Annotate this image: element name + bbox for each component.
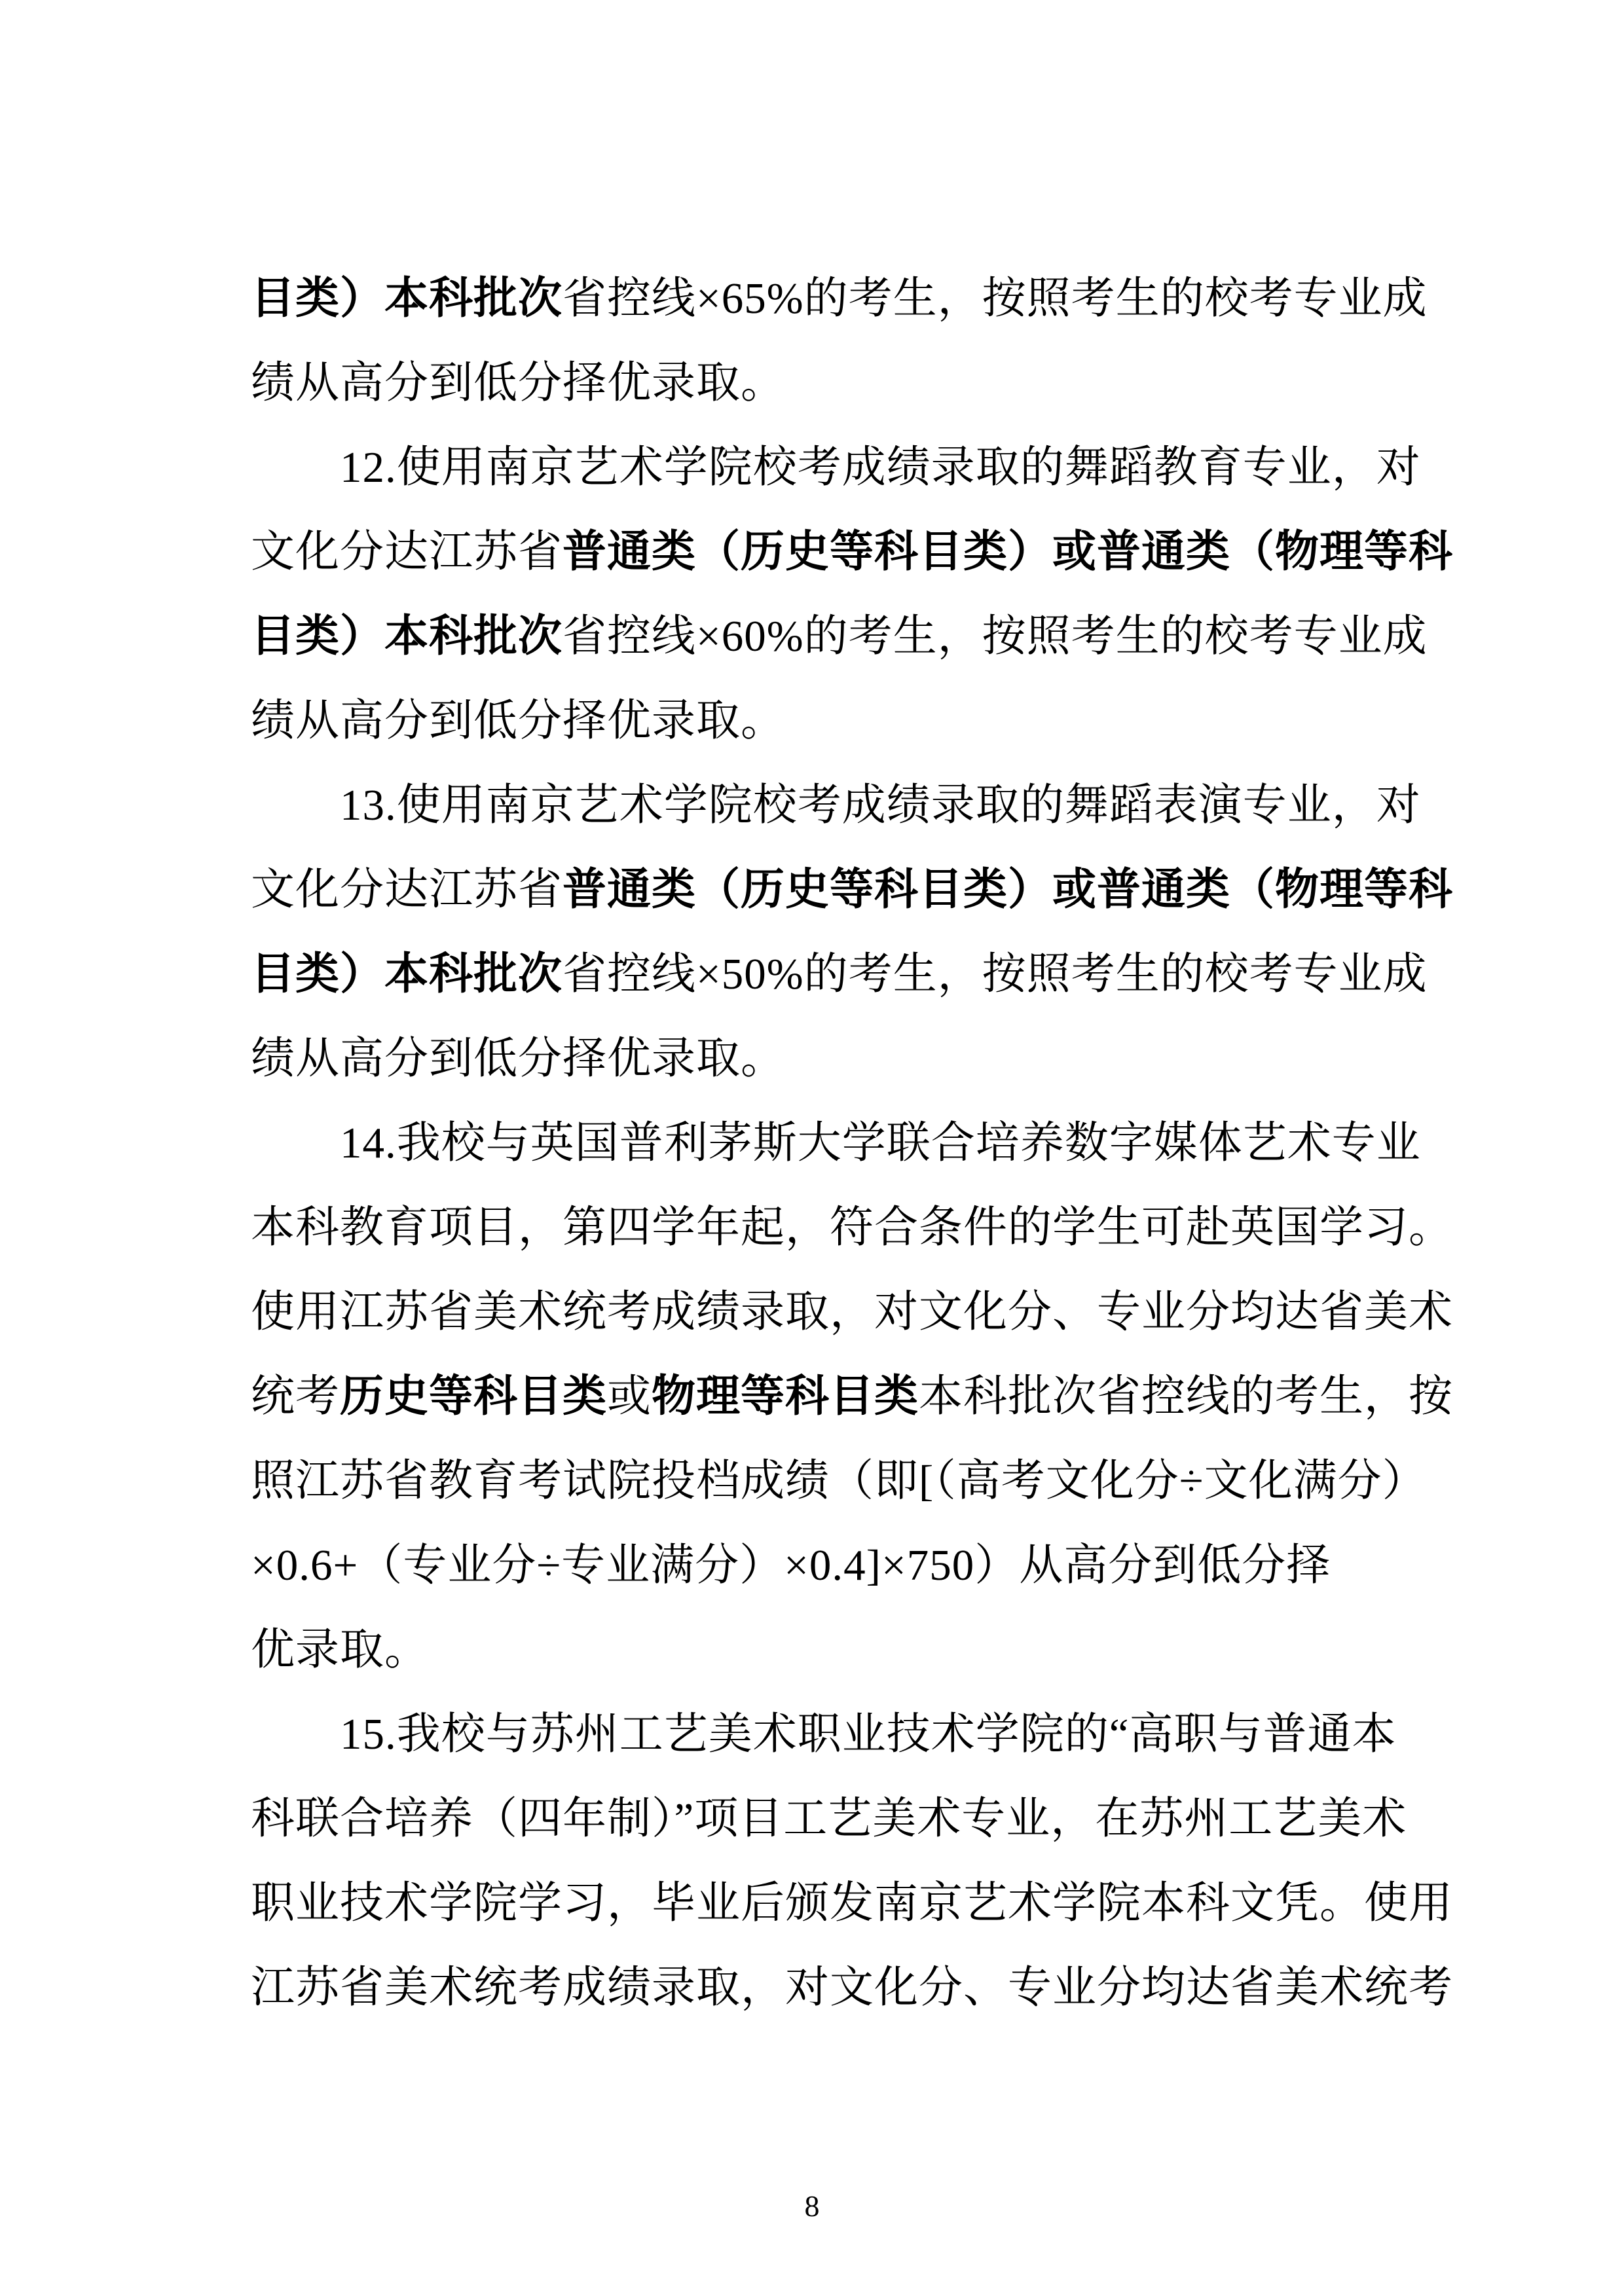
text-run: 省控线×50%的考生，按照考生的校考专业成: [563, 950, 1428, 998]
text-run: 12.使用南京艺术学院校考成绩录取的舞蹈教育专业，对: [340, 443, 1421, 492]
text-run: 本科批次省控线的考生，按: [919, 1372, 1453, 1421]
text-line: 14.我校与英国普利茅斯大学联合培养数字媒体艺术专业: [251, 1101, 1413, 1186]
text-run: 13.使用南京艺术学院校考成绩录取的舞蹈表演专业，对: [340, 781, 1421, 829]
text-run-bold: 目类）本科批次: [251, 612, 563, 661]
text-line: 绩从高分到低分择优录取。: [251, 679, 1413, 763]
text-line: 目类）本科批次省控线×50%的考生，按照考生的校考专业成: [251, 932, 1413, 1017]
text-run: 统考: [251, 1372, 340, 1421]
text-line: 文化分达江苏省普通类（历史等科目类）或普通类（物理等科: [251, 510, 1413, 594]
document-page: 目类）本科批次省控线×65%的考生，按照考生的校考专业成绩从高分到低分择优录取。…: [0, 0, 1624, 2296]
text-line: 优录取。: [251, 1608, 1413, 1692]
text-line: 统考历史等科目类或物理等科目类本科批次省控线的考生，按: [251, 1355, 1413, 1439]
text-run: 省控线×65%的考生，按照考生的校考专业成: [563, 274, 1428, 323]
document-body-text: 目类）本科批次省控线×65%的考生，按照考生的校考专业成绩从高分到低分择优录取。…: [251, 257, 1413, 2030]
text-run-bold: 目类）本科批次: [251, 274, 563, 323]
text-line: 目类）本科批次省控线×65%的考生，按照考生的校考专业成: [251, 257, 1413, 341]
text-run: 绩从高分到低分择优录取。: [251, 359, 785, 407]
text-run: 使用江苏省美术统考成绩录取，对文化分、专业分均达省美术: [251, 1288, 1453, 1336]
text-line: 绩从高分到低分择优录取。: [251, 1017, 1413, 1101]
text-line: 文化分达江苏省普通类（历史等科目类）或普通类（物理等科: [251, 848, 1413, 932]
text-run: 省控线×60%的考生，按照考生的校考专业成: [563, 612, 1428, 661]
text-run: 绩从高分到低分择优录取。: [251, 697, 785, 745]
text-run-bold: 普通类（历史等科目类）或普通类（物理等科: [563, 866, 1453, 914]
text-run: 或: [607, 1372, 652, 1421]
text-run: 14.我校与英国普利茅斯大学联合培养数字媒体艺术专业: [340, 1119, 1421, 1167]
text-run: 15.我校与苏州工艺美术职业技术学院的“高职与普通本: [340, 1710, 1397, 1758]
text-line: 照江苏省教育考试院投档成绩（即[（高考文化分÷文化满分）: [251, 1439, 1413, 1523]
text-line: 目类）本科批次省控线×60%的考生，按照考生的校考专业成: [251, 594, 1413, 679]
text-line: 职业技术学院学习，毕业后颁发南京艺术学院本科文凭。使用: [251, 1861, 1413, 1946]
text-line: 科联合培养（四年制）”项目工艺美术专业，在苏州工艺美术: [251, 1777, 1413, 1861]
text-run: 江苏省美术统考成绩录取，对文化分、专业分均达省美术统考: [251, 1963, 1453, 2012]
text-run-bold: 物理等科目类: [652, 1372, 919, 1421]
text-run-bold: 普通类（历史等科目类）或普通类（物理等科: [563, 528, 1453, 576]
text-line: 12.使用南京艺术学院校考成绩录取的舞蹈教育专业，对: [251, 426, 1413, 510]
text-run-bold: 目类）本科批次: [251, 950, 563, 998]
text-run: 照江苏省教育考试院投档成绩（即[（高考文化分÷文化满分）: [251, 1457, 1427, 1505]
text-run: 绩从高分到低分择优录取。: [251, 1034, 785, 1083]
text-line: 绩从高分到低分择优录取。: [251, 341, 1413, 426]
text-line: 13.使用南京艺术学院校考成绩录取的舞蹈表演专业，对: [251, 763, 1413, 848]
page-number: 8: [0, 2185, 1624, 2227]
text-run: 本科教育项目，第四学年起，符合条件的学生可赴英国学习。: [251, 1203, 1453, 1252]
text-run-bold: 历史等科目类: [340, 1372, 607, 1421]
text-run: 文化分达江苏省: [251, 866, 563, 914]
text-run: 文化分达江苏省: [251, 528, 563, 576]
text-run: 优录取。: [251, 1626, 429, 1674]
text-line: 15.我校与苏州工艺美术职业技术学院的“高职与普通本: [251, 1692, 1413, 1777]
text-run: 职业技术学院学习，毕业后颁发南京艺术学院本科文凭。使用: [251, 1879, 1453, 1927]
text-run: 科联合培养（四年制）”项目工艺美术专业，在苏州工艺美术: [251, 1795, 1407, 1843]
text-run: ×0.6+（专业分÷专业满分）×0.4]×750）从高分到低分择: [251, 1541, 1331, 1590]
text-line: 使用江苏省美术统考成绩录取，对文化分、专业分均达省美术: [251, 1270, 1413, 1355]
text-line: 本科教育项目，第四学年起，符合条件的学生可赴英国学习。: [251, 1186, 1413, 1270]
text-line: 江苏省美术统考成绩录取，对文化分、专业分均达省美术统考: [251, 1946, 1413, 2030]
text-line: ×0.6+（专业分÷专业满分）×0.4]×750）从高分到低分择: [251, 1523, 1413, 1608]
